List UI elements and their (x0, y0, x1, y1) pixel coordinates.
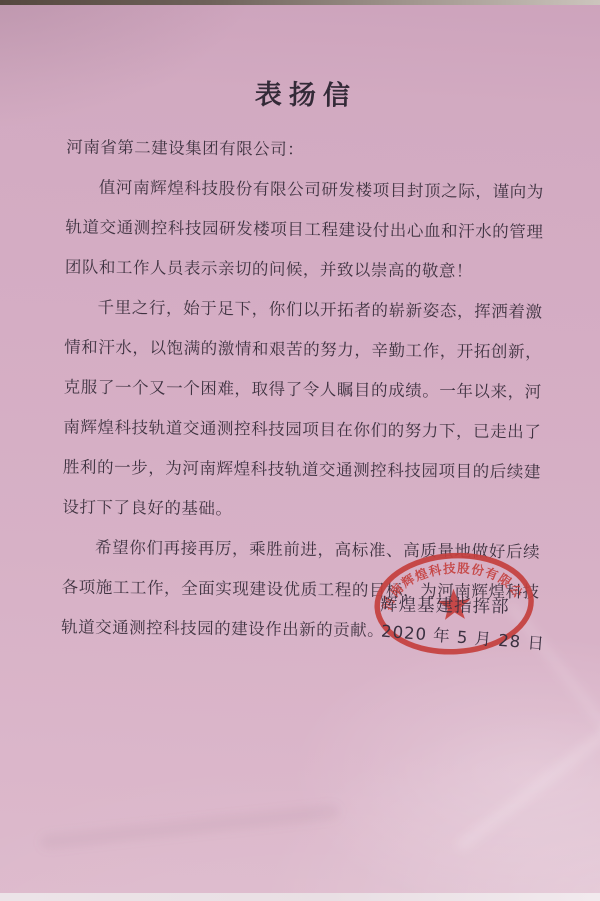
photo-bottom-edge (0, 893, 600, 901)
letter-paragraph: 值河南辉煌科技股份有限公司研发楼项目封顶之际，谨向为轨道交通测控科技园研发楼项目… (65, 168, 544, 293)
letter-paragraph: 千里之行，始于足下，你们以开拓者的崭新姿态，挥洒着激情和汗水，以饱满的激情和艰苦… (62, 288, 542, 533)
signature-text: 辉煌基建指挥部 (380, 591, 510, 618)
signature-block: 河南辉煌科技股份有限公司 辉煌基建指挥部 2020 年 5 月 28 日 (366, 545, 560, 672)
photo-top-edge (0, 0, 600, 5)
letter-title: 表扬信 (67, 74, 545, 119)
photo-of-commendation-letter: 表扬信 河南省第二建设集团有限公司： 值河南辉煌科技股份有限公司研发楼项目封顶之… (0, 0, 600, 901)
letter-salutation: 河南省第二建设集团有限公司： (66, 128, 544, 173)
